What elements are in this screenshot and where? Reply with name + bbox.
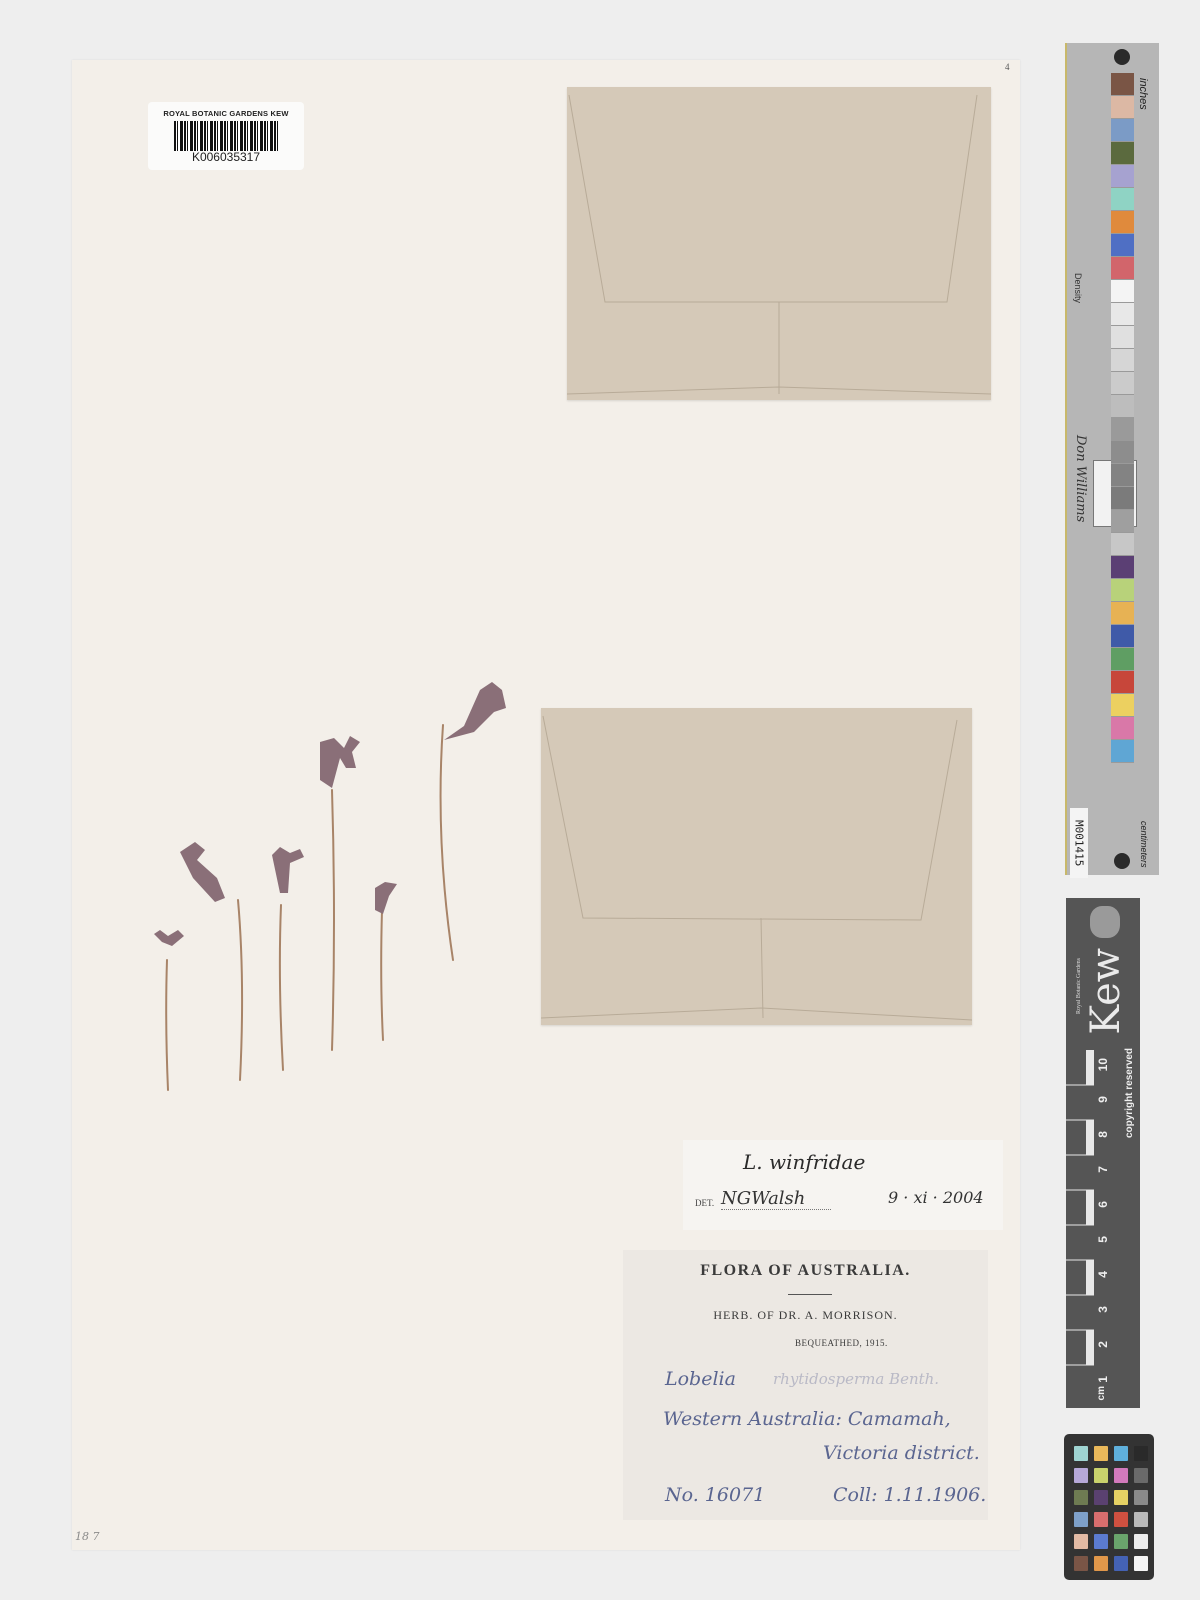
checker-patch bbox=[1094, 1468, 1108, 1483]
checker-patch bbox=[1114, 1512, 1128, 1527]
locality-line-2: Victoria district. bbox=[823, 1442, 980, 1464]
color-swatch bbox=[1111, 648, 1134, 671]
checker-patch bbox=[1074, 1490, 1088, 1505]
pencil-note: 18 7 bbox=[75, 1530, 100, 1543]
color-swatch bbox=[1111, 326, 1134, 349]
color-swatch bbox=[1111, 625, 1134, 648]
color-swatch bbox=[1111, 487, 1134, 510]
genus-name: Lobelia bbox=[665, 1368, 736, 1390]
color-swatch bbox=[1111, 671, 1134, 694]
checker-patch bbox=[1074, 1446, 1088, 1461]
royal-crest-icon bbox=[1090, 906, 1120, 938]
color-swatch bbox=[1111, 556, 1134, 579]
color-swatch bbox=[1111, 533, 1134, 556]
color-swatch bbox=[1111, 96, 1134, 119]
locality-line-1: Western Australia: Camamah, bbox=[663, 1408, 951, 1430]
checker-patch bbox=[1074, 1556, 1088, 1571]
kew-logo-subtitle: Royal Botanic Gardens bbox=[1076, 958, 1082, 1014]
institution-name: ROYAL BOTANIC GARDENS KEW bbox=[148, 109, 304, 118]
ruler-serial: M001415 bbox=[1070, 808, 1088, 878]
scale-number: 3 bbox=[1096, 1306, 1110, 1313]
scale-number: 5 bbox=[1096, 1236, 1110, 1243]
determination-label: L. winfridae DET. NGWalsh 9 · xi · 2004 bbox=[683, 1140, 1003, 1230]
kew-logo: Kew bbox=[1086, 948, 1126, 1035]
scale-number: 6 bbox=[1096, 1201, 1110, 1208]
scale-number: 4 bbox=[1096, 1271, 1110, 1278]
copyright-notice: copyright reserved bbox=[1124, 1048, 1135, 1138]
scale-bars bbox=[1066, 1050, 1094, 1402]
color-swatch bbox=[1111, 303, 1134, 326]
determination-date: 9 · xi · 2004 bbox=[888, 1188, 984, 1207]
color-swatch bbox=[1111, 280, 1134, 303]
checker-patch bbox=[1114, 1446, 1128, 1461]
fragment-envelope-bottom bbox=[541, 708, 972, 1025]
barcode-number: K006035317 bbox=[148, 151, 304, 163]
color-swatch bbox=[1111, 464, 1134, 487]
collection-date: Coll: 1.11.1906. bbox=[833, 1484, 986, 1506]
density-label: Density bbox=[1073, 273, 1083, 303]
checker-patch bbox=[1094, 1556, 1108, 1571]
color-swatch bbox=[1111, 717, 1134, 740]
color-checker-grid bbox=[1074, 1446, 1148, 1571]
herbarium-name: HERB. OF DR. A. MORRISON. bbox=[623, 1308, 988, 1323]
barcode-icon bbox=[174, 121, 278, 151]
scale-number: 8 bbox=[1096, 1131, 1110, 1138]
color-swatch bbox=[1111, 211, 1134, 234]
color-swatch bbox=[1111, 602, 1134, 625]
color-checker-card bbox=[1064, 1434, 1154, 1580]
collection-label: FLORA OF AUSTRALIA. HERB. OF DR. A. MORR… bbox=[623, 1250, 988, 1520]
det-prefix: DET. bbox=[695, 1198, 714, 1208]
checker-patch bbox=[1114, 1490, 1128, 1505]
determined-name: L. winfridae bbox=[743, 1150, 865, 1174]
divider bbox=[788, 1294, 832, 1295]
color-swatches bbox=[1111, 73, 1134, 763]
fragment-envelope-top bbox=[567, 87, 991, 400]
checker-patch bbox=[1134, 1468, 1148, 1483]
inches-label: inches bbox=[1137, 78, 1149, 110]
label-title: FLORA OF AUSTRALIA. bbox=[623, 1262, 988, 1280]
kew-scale-bar: Kew Royal Botanic Gardens copyright rese… bbox=[1066, 898, 1140, 1408]
color-swatch bbox=[1111, 579, 1134, 602]
checker-patch bbox=[1094, 1490, 1108, 1505]
scale-number: 9 bbox=[1096, 1096, 1110, 1103]
color-swatch bbox=[1111, 694, 1134, 717]
color-swatch bbox=[1111, 142, 1134, 165]
checker-patch bbox=[1094, 1534, 1108, 1549]
color-swatch bbox=[1111, 510, 1134, 533]
checker-patch bbox=[1134, 1490, 1148, 1505]
color-swatch bbox=[1111, 234, 1134, 257]
color-swatch bbox=[1111, 395, 1134, 418]
color-swatch bbox=[1111, 188, 1134, 211]
color-swatch bbox=[1111, 418, 1134, 441]
checker-patch bbox=[1134, 1446, 1148, 1461]
scale-number: 7 bbox=[1096, 1166, 1110, 1173]
corner-mark: 4 bbox=[1005, 62, 1010, 72]
color-swatch bbox=[1111, 372, 1134, 395]
scale-number: 10 bbox=[1096, 1058, 1110, 1071]
checker-patch bbox=[1114, 1556, 1128, 1571]
checker-patch bbox=[1094, 1512, 1108, 1527]
color-swatch bbox=[1111, 441, 1134, 464]
determiner-signature: NGWalsh bbox=[721, 1188, 831, 1210]
color-swatch bbox=[1111, 349, 1134, 372]
bequeathed-line: BEQUEATHED, 1915. bbox=[795, 1338, 888, 1348]
color-swatch bbox=[1111, 73, 1134, 96]
checker-patch bbox=[1074, 1534, 1088, 1549]
checker-patch bbox=[1094, 1446, 1108, 1461]
color-ruler: inches Density Don Williams M001415 cent… bbox=[1065, 43, 1159, 875]
checker-patch bbox=[1074, 1512, 1088, 1527]
checker-patch bbox=[1074, 1468, 1088, 1483]
color-swatch bbox=[1111, 740, 1134, 763]
color-swatch bbox=[1111, 165, 1134, 188]
checker-patch bbox=[1114, 1534, 1128, 1549]
collection-number: No. 16071 bbox=[665, 1484, 765, 1506]
centimeters-label: centimeters bbox=[1139, 821, 1149, 868]
scale-number: 1 bbox=[1096, 1376, 1110, 1383]
barcode-label: ROYAL BOTANIC GARDENS KEW K006035317 bbox=[148, 102, 304, 170]
checker-patch bbox=[1134, 1534, 1148, 1549]
ruler-hole bbox=[1114, 853, 1130, 869]
scale-number: 2 bbox=[1096, 1341, 1110, 1348]
color-swatch bbox=[1111, 119, 1134, 142]
faint-species-annotation: rhytidosperma Benth. bbox=[773, 1370, 939, 1388]
checker-patch bbox=[1114, 1468, 1128, 1483]
checker-patch bbox=[1134, 1512, 1148, 1527]
ruler-brand: Don Williams bbox=[1073, 435, 1088, 522]
checker-patch bbox=[1134, 1556, 1148, 1571]
cm-unit-label: cm bbox=[1096, 1386, 1107, 1400]
ruler-hole bbox=[1114, 49, 1130, 65]
color-swatch bbox=[1111, 257, 1134, 280]
plant-specimens bbox=[150, 660, 530, 1100]
